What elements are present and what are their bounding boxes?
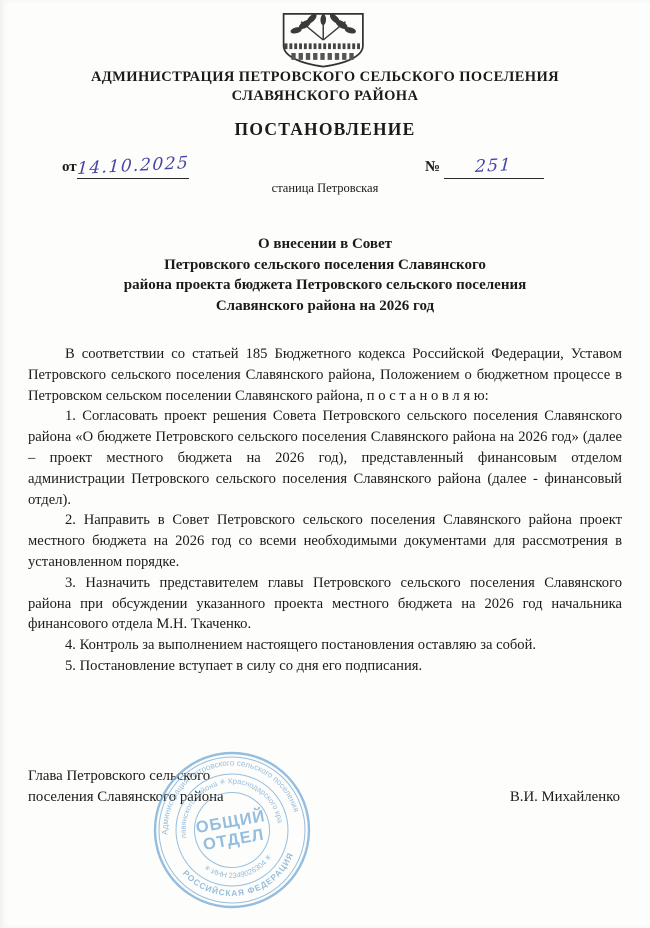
org-name-line1: АДМИНИСТРАЦИЯ ПЕТРОВСКОГО СЕЛЬСКОГО ПОСЕ… — [0, 69, 650, 86]
title-line: О внесении в Совет — [40, 234, 610, 255]
number-underline: 251 — [444, 158, 544, 179]
document-type: ПОСТАНОВЛЕНИЕ — [0, 119, 650, 140]
body-paragraph-item1: 1. Согласовать проект решения Совета Пет… — [28, 406, 622, 510]
body-paragraph-preamble: В соответствии со статьей 185 Бюджетного… — [28, 344, 622, 406]
date-underline: 14.10.2025 — [77, 158, 189, 179]
title-line: Петровского сельского поселения Славянск… — [40, 255, 610, 276]
org-name-line2: СЛАВЯНСКОГО РАЙОНА — [0, 88, 650, 105]
document-title: О внесении в Совет Петровского сельского… — [40, 234, 610, 316]
signature-block: Глава Петровского сельского поселения Сл… — [28, 766, 620, 808]
date-group: от14.10.2025 — [62, 156, 189, 177]
body-paragraph-item4: 4. Контроль за выполнением настоящего по… — [28, 635, 622, 656]
date-value: 14.10.2025 — [76, 153, 189, 179]
document-body: В соответствии со статьей 185 Бюджетного… — [28, 344, 622, 677]
document-page: АДМИНИСТРАЦИЯ ПЕТРОВСКОГО СЕЛЬСКОГО ПОСЕ… — [0, 0, 650, 928]
number-value: 251 — [475, 155, 513, 177]
number-group: № 251 — [425, 156, 544, 177]
signer-name: В.И. Михайленко — [510, 787, 620, 808]
title-line: района проекта бюджета Петровского сельс… — [40, 275, 610, 296]
date-label: от — [62, 159, 77, 175]
official-stamp: Администрация Петровского сельского посе… — [149, 747, 315, 918]
body-paragraph-item5: 5. Постановление вступает в силу со дня … — [28, 656, 622, 677]
title-line: Славянского района на 2026 год — [40, 296, 610, 317]
body-paragraph-item2: 2. Направить в Совет Петровского сельско… — [28, 510, 622, 572]
place-name: станица Петровская — [0, 181, 650, 196]
coat-of-arms-icon — [279, 11, 367, 74]
number-label: № — [425, 159, 440, 175]
body-paragraph-item3: 3. Назначить представителем главы Петров… — [28, 573, 622, 635]
